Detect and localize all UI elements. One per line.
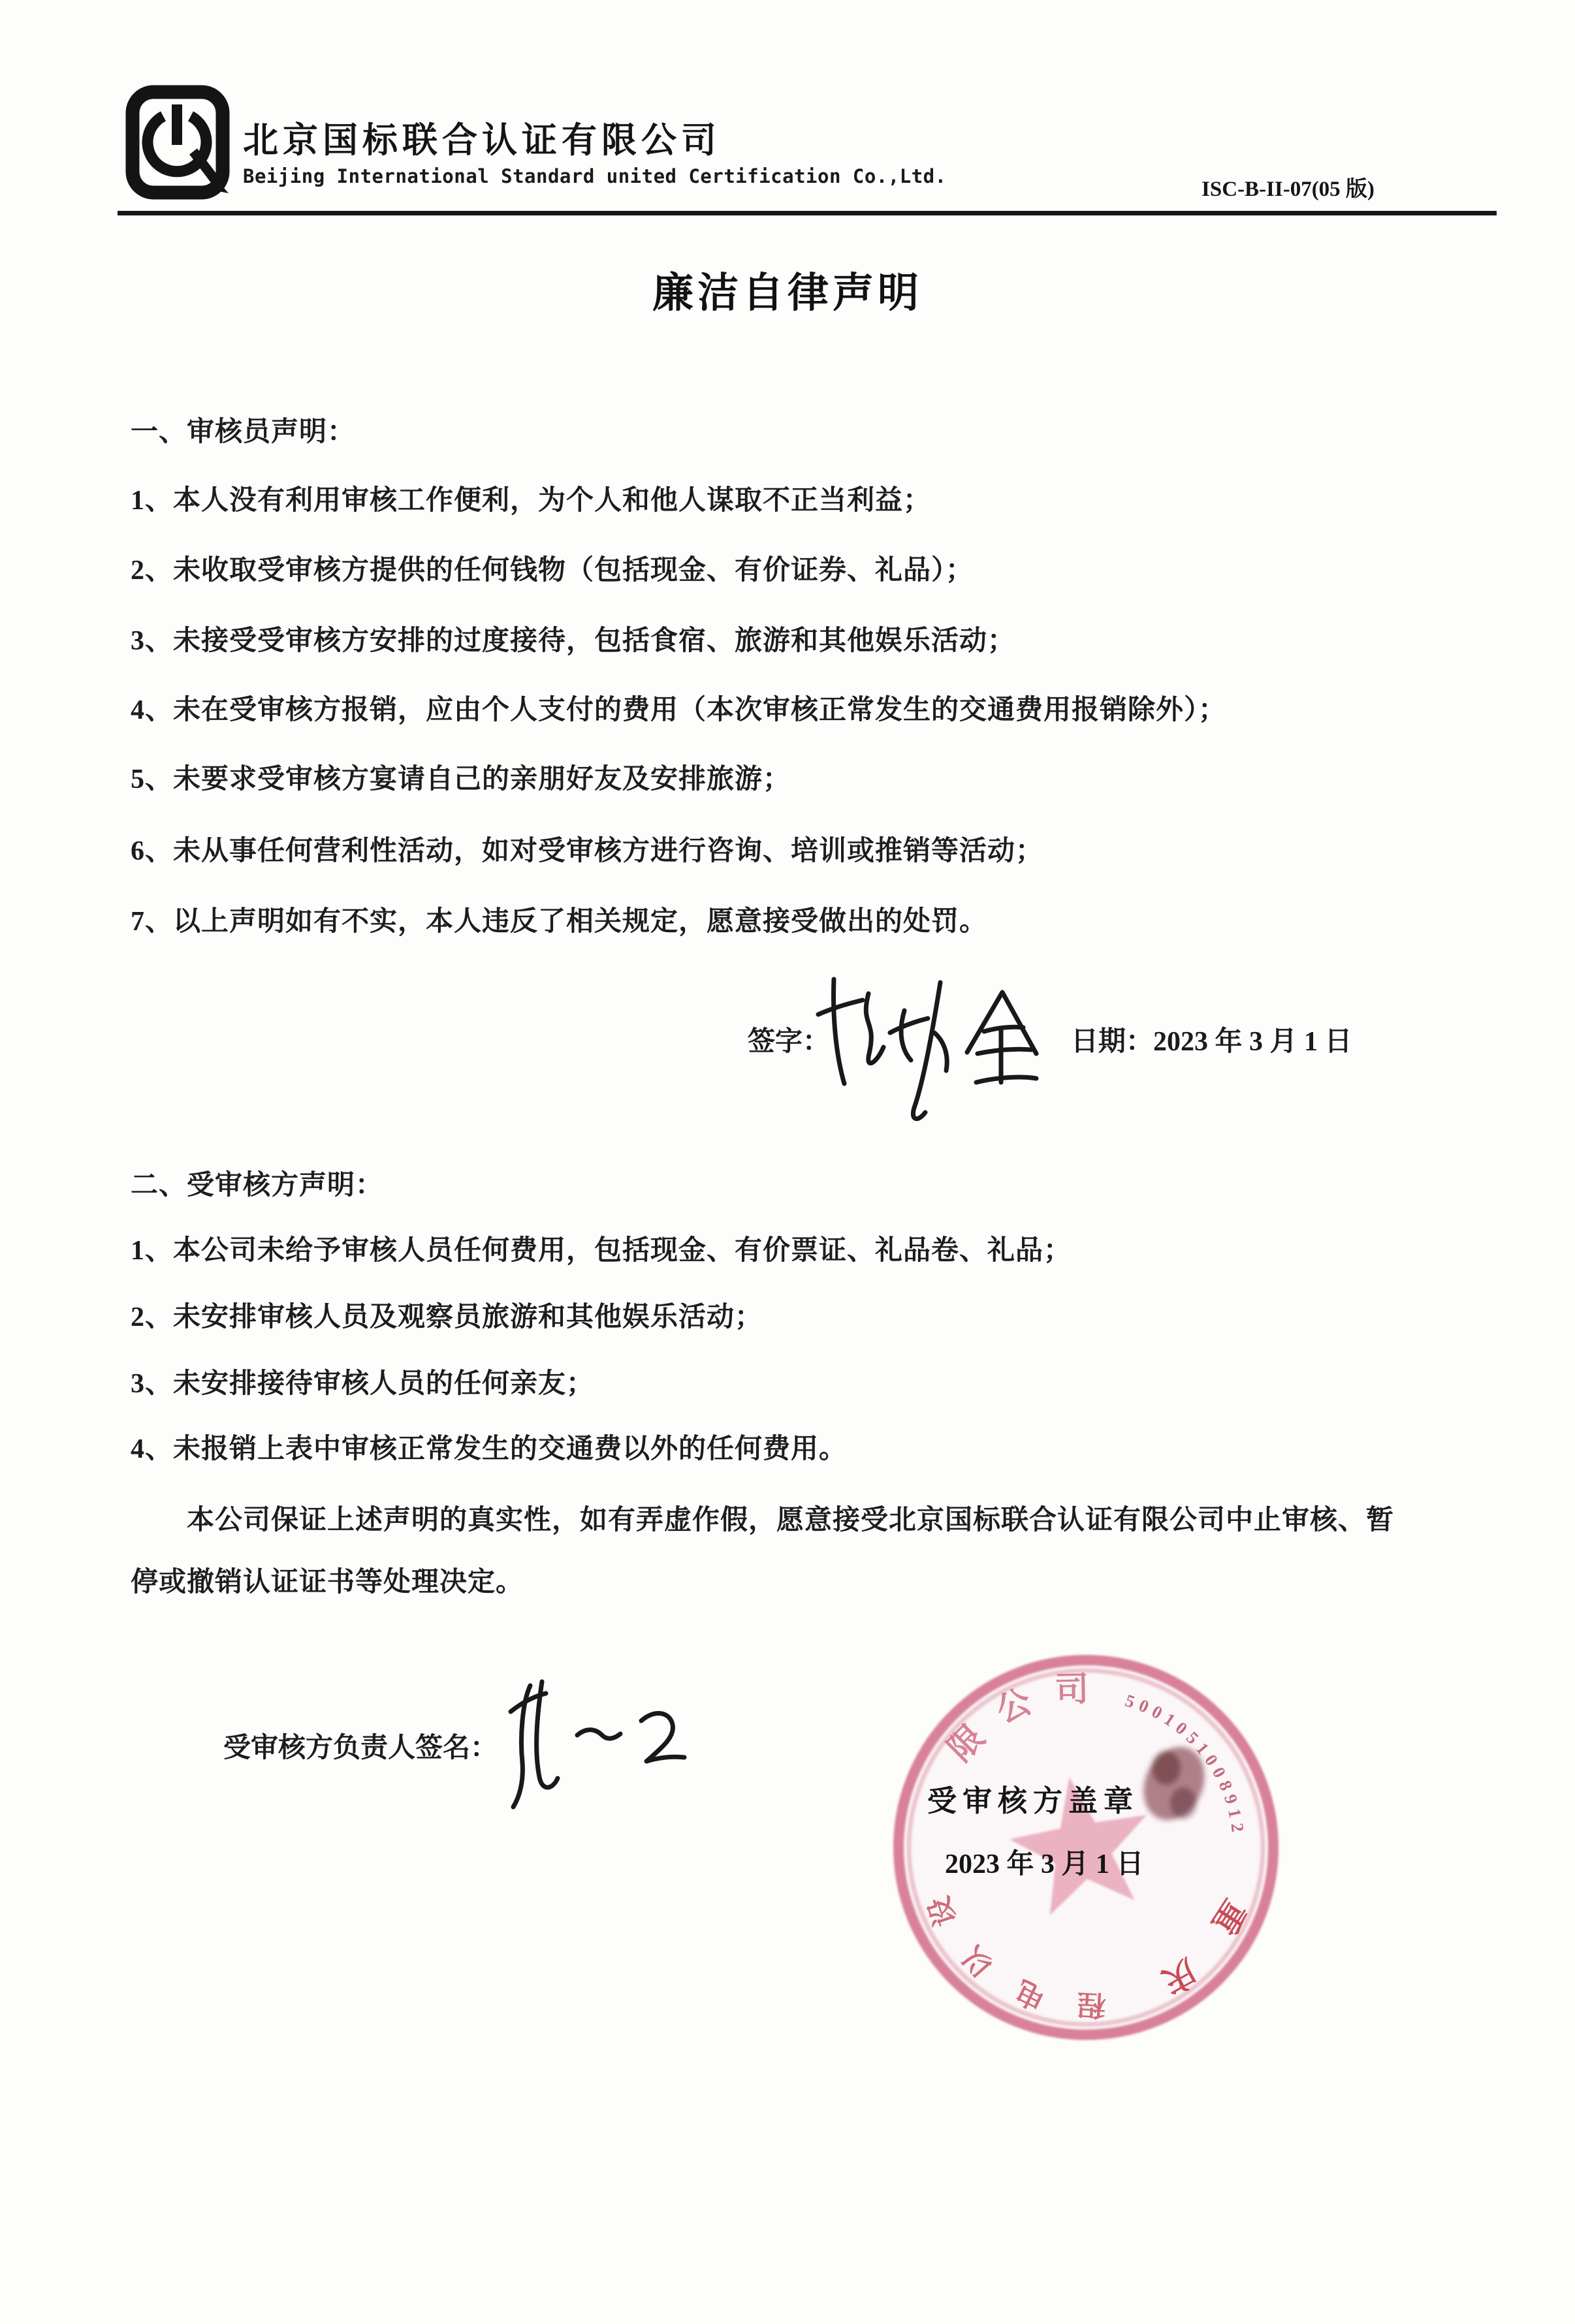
section2-item: 4、未报销上表中审核正常发生的交通费以外的任何费用。 [131, 1427, 1495, 1466]
section1-item: 4、未在受审核方报销，应由个人支付的费用（本次审核正常发生的交通费用报销除外）； [131, 688, 1495, 727]
pledge-paragraph-line1: 本公司保证上述声明的真实性，如有弄虚作假，愿意接受北京国标联合认证有限公司中止审… [187, 1498, 1551, 1537]
header-divider [118, 211, 1497, 215]
date-label: 日期：2023 年 3 月 1 日 [1071, 1020, 1352, 1059]
document-code: ISC-B-II-07(05 版) [1201, 172, 1375, 202]
pledge-paragraph-line2: 停或撤销认证证书等处理决定。 [131, 1560, 1495, 1599]
section1-item: 5、未要求受审核方宴请自己的亲朋好友及安排旅游； [131, 757, 1495, 796]
section1-item: 2、未收取受审核方提供的任何钱物（包括现金、有价证券、礼品）； [131, 548, 1495, 588]
company-name-chinese: 北京国标联合认证有限公司 [243, 112, 721, 163]
auditor-handwritten-signature [806, 953, 1061, 1136]
declaration-document-page: 北京国标联合认证有限公司 Beijing International Stand… [0, 0, 1575, 2324]
section1-item: 1、本人没有利用审核工作便利，为个人和他人谋取不正当利益； [131, 479, 1495, 518]
section2-heading: 二、受审核方声明： [131, 1163, 1495, 1202]
company-name-english: Beijing International Standard united Ce… [243, 165, 947, 187]
seal-overlay-date: 2023 年 3 月 1 日 [945, 1842, 1144, 1881]
page-title: 廉洁自律声明 [652, 260, 923, 319]
section2-item: 3、未安排接待审核人员的任何亲友； [131, 1362, 1495, 1401]
section1-item: 6、未从事任何营利性活动，如对受审核方进行咨询、培训或推销等活动； [131, 829, 1495, 868]
auditee-signer-label: 受审核方负责人签名： [223, 1726, 498, 1765]
section2-item: 2、未安排审核人员及观察员旅游和其他娱乐活动； [131, 1295, 1495, 1334]
section1-heading: 一、审核员声明： [131, 410, 1495, 449]
section1-item: 3、未接受受审核方安排的过度接待，包括食宿、旅游和其他娱乐活动； [131, 619, 1495, 658]
auditee-handwritten-signature [496, 1671, 712, 1834]
seal-overlay-label: 受审核方盖章 [927, 1777, 1139, 1819]
section1-item: 7、以上声明如有不实，本人违反了相关规定，愿意接受做出的处罚。 [131, 900, 1495, 939]
certification-logo [124, 84, 236, 208]
section2-item: 1、本公司未给予审核人员任何费用，包括现金、有价票证、礼品卷、礼品； [131, 1229, 1495, 1268]
